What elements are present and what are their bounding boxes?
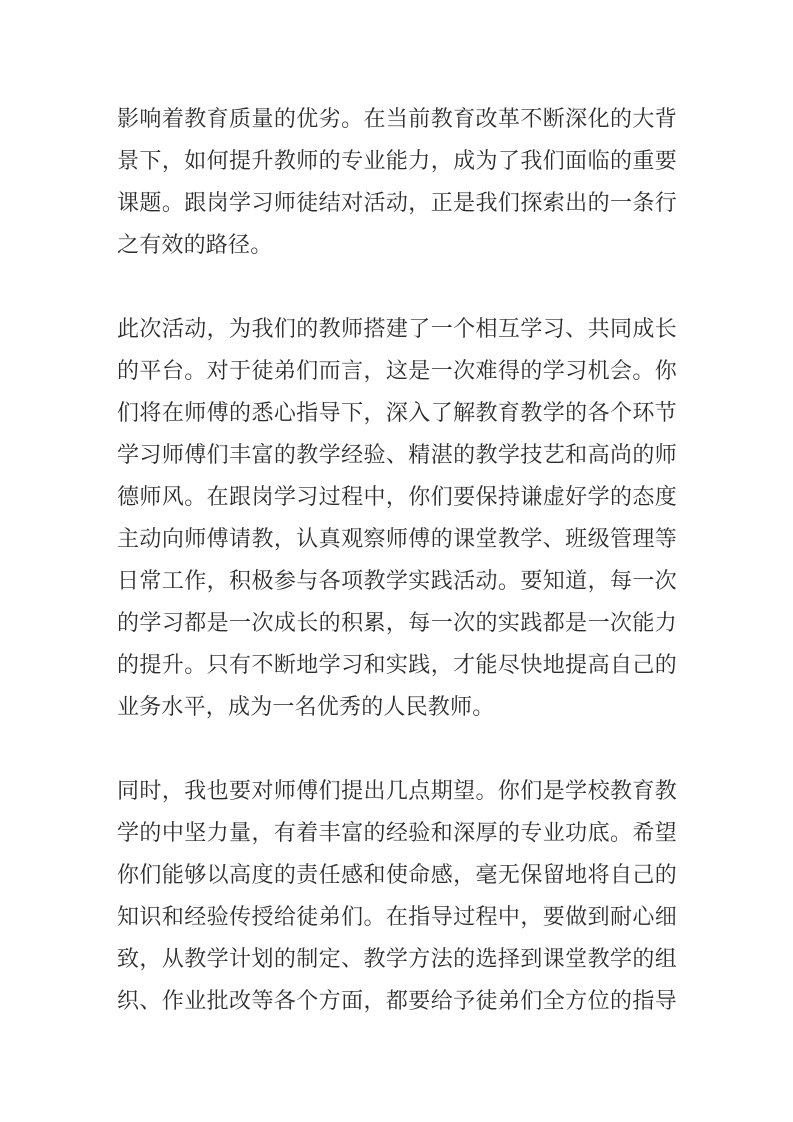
text-line: 景下，如何提升教师的专业能力，成为了我们面临的重要	[117, 140, 677, 182]
text-line: 课题。跟岗学习师徒结对活动，正是我们探索出的一条行	[117, 182, 677, 224]
text-line: 影响着教育质量的优劣。在当前教育改革不断深化的大背	[117, 98, 677, 140]
text-line: 业务水平，成为一名优秀的人民教师。	[117, 686, 677, 728]
text-line: 你们能够以高度的责任感和使命感，毫无保留地将自己的	[117, 854, 677, 896]
text-line: 致，从教学计划的制定、教学方法的选择到课堂教学的组	[117, 938, 677, 980]
document-page: 影响着教育质量的优劣。在当前教育改革不断深化的大背 景下，如何提升教师的专业能力…	[0, 0, 793, 1122]
text-line: 学的中坚力量，有着丰富的经验和深厚的专业功底。希望	[117, 812, 677, 854]
text-line: 织、作业批改等各个方面，都要给予徒弟们全方位的指导	[117, 980, 677, 1022]
text-line: 此次活动，为我们的教师搭建了一个相互学习、共同成长	[117, 308, 677, 350]
text-line: 们将在师傅的悉心指导下，深入了解教育教学的各个环节	[117, 392, 677, 434]
text-line: 同时，我也要对师傅们提出几点期望。你们是学校教育教	[117, 770, 677, 812]
text-line: 之有效的路径。	[117, 224, 677, 266]
text-line: 的提升。只有不断地学习和实践，才能尽快地提高自己的	[117, 644, 677, 686]
text-line: 知识和经验传授给徒弟们。在指导过程中，要做到耐心细	[117, 896, 677, 938]
text-line: 的学习都是一次成长的积累，每一次的实践都是一次能力	[117, 602, 677, 644]
document-text: 影响着教育质量的优劣。在当前教育改革不断深化的大背 景下，如何提升教师的专业能力…	[117, 98, 677, 1022]
text-line: 主动向师傅请教，认真观察师傅的课堂教学、班级管理等	[117, 518, 677, 560]
text-line: 的平台。对于徒弟们而言，这是一次难得的学习机会。你	[117, 350, 677, 392]
text-line: 德师风。在跟岗学习过程中，你们要保持谦虚好学的态度	[117, 476, 677, 518]
text-line: 学习师傅们丰富的教学经验、精湛的教学技艺和高尚的师	[117, 434, 677, 476]
paragraph-2: 此次活动，为我们的教师搭建了一个相互学习、共同成长 的平台。对于徒弟们而言，这是…	[117, 308, 677, 728]
text-line: 日常工作，积极参与各项教学实践活动。要知道，每一次	[117, 560, 677, 602]
paragraph-1: 影响着教育质量的优劣。在当前教育改革不断深化的大背 景下，如何提升教师的专业能力…	[117, 98, 677, 266]
paragraph-3: 同时，我也要对师傅们提出几点期望。你们是学校教育教 学的中坚力量，有着丰富的经验…	[117, 770, 677, 1022]
